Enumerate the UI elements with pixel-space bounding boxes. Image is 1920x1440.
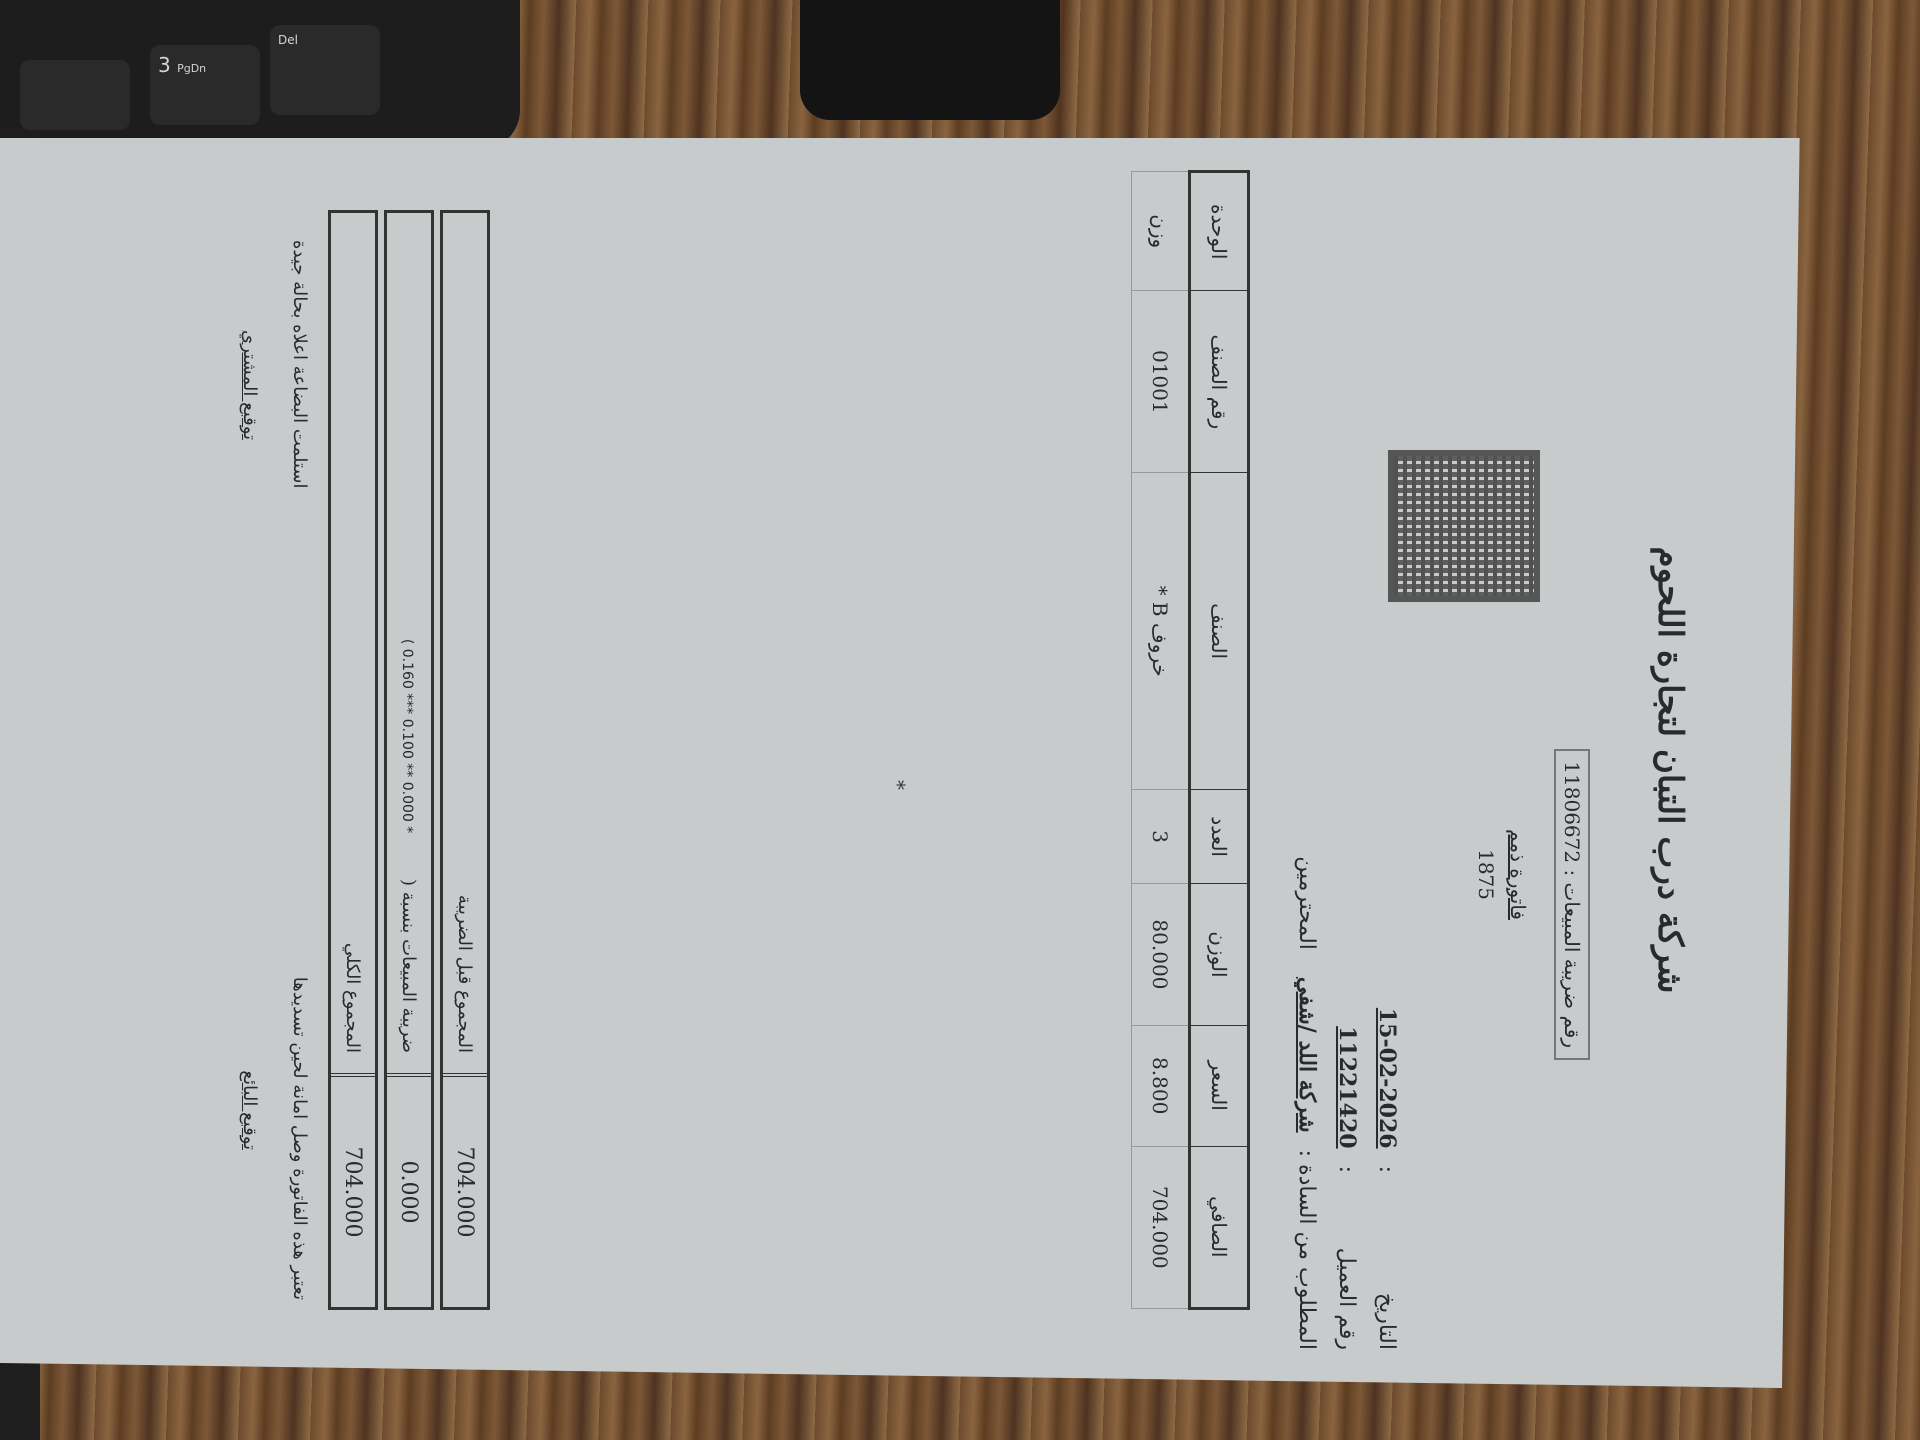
seller-signature: توقيع البائع xyxy=(239,1070,260,1150)
table-row: 704.000 8.800 80.000 3 خروف B * 01001 وز… xyxy=(1132,172,1190,1309)
col-net: الصافي xyxy=(1190,1146,1249,1308)
totals-box: 704.000 المجموع قبل الضريبة 0.000 ضريبة … xyxy=(322,210,490,1310)
tax-value: 0.000 xyxy=(387,1073,431,1307)
table-header: الصافي السعر الوزن العدد الصنف رقم الصنف… xyxy=(1190,172,1249,1309)
col-weight: الوزن xyxy=(1190,884,1249,1026)
subtotal-label: المجموع قبل الضريبة xyxy=(455,213,476,1073)
customer-no-label: رقم العميل xyxy=(1334,1180,1359,1350)
keyboard: 3 PgDn Del xyxy=(0,0,520,150)
buyer-signature: توقيع المشتري xyxy=(239,330,260,440)
grand-total-label: المجموع الكلي xyxy=(343,213,364,1073)
invoice: شركة درب التبان لتجارة اللحوم رقم ضريبة … xyxy=(0,150,1730,1390)
date-label: التاريخ xyxy=(1374,1180,1399,1350)
tax-label: ضريبة المبيعات بنسبة ( xyxy=(399,879,420,1053)
cell-price: 8.800 xyxy=(1132,1025,1190,1146)
tax-row: 0.000 ضريبة المبيعات بنسبة ( * 0.000 ** … xyxy=(384,210,434,1310)
date-value: 15-02-2026 xyxy=(1374,1008,1400,1149)
customer-row: رقم العميل : 11221420 xyxy=(1334,1026,1360,1350)
keyboard-key-3: 3 PgDn xyxy=(150,45,260,125)
invoice-number: 1875 xyxy=(1474,849,1498,900)
bill-to-suffix: المحترمين xyxy=(1294,856,1319,950)
company-name: شركة درب التبان لتجارة اللحوم xyxy=(1650,150,1690,1390)
cell-unit: وزن xyxy=(1132,172,1190,291)
device xyxy=(800,0,1060,120)
col-unit: الوحدة xyxy=(1190,172,1249,291)
bill-to-label: المطلوب من السادة xyxy=(1294,1164,1319,1350)
ink-mark: * xyxy=(886,780,910,790)
cell-count: 3 xyxy=(1132,790,1190,884)
tax-number: 11806672 xyxy=(1560,761,1584,863)
subtotal-row: 704.000 المجموع قبل الضريبة xyxy=(440,210,490,1310)
tax-number-label: رقم ضريبة المبيعات : xyxy=(1560,869,1584,1048)
cell-net: 704.000 xyxy=(1132,1146,1190,1308)
cell-item: خروف B * xyxy=(1132,473,1190,790)
col-count: العدد xyxy=(1190,790,1249,884)
items-table: الصافي السعر الوزن العدد الصنف رقم الصنف… xyxy=(1131,170,1250,1310)
goods-received-note: استلمت البضاعة اعلاه بحالة جيدة xyxy=(289,240,310,488)
bill-to-row: المطلوب من السادة : شركة اللد /شفي المحت… xyxy=(1294,856,1320,1350)
keyboard-key-del: Del xyxy=(270,25,380,115)
qr-code xyxy=(1388,450,1540,602)
cell-item-no: 01001 xyxy=(1132,291,1190,473)
date-row: التاريخ : 15-02-2026 xyxy=(1374,1008,1400,1350)
grand-total-row: 704.000 المجموع الكلي xyxy=(328,210,378,1310)
col-item: الصنف xyxy=(1190,473,1249,790)
bill-to-value: شركة اللد /شفي xyxy=(1294,977,1320,1133)
tax-formula: * 0.000 ** 0.100 *** 0.160 ) xyxy=(400,639,416,833)
col-item-no: رقم الصنف xyxy=(1190,291,1249,473)
customer-no-value: 11221420 xyxy=(1334,1026,1360,1148)
tax-number-box: رقم ضريبة المبيعات : 11806672 xyxy=(1554,749,1590,1060)
grand-total-value: 704.000 xyxy=(331,1073,375,1307)
col-price: السعر xyxy=(1190,1025,1249,1146)
cell-weight: 80.000 xyxy=(1132,884,1190,1026)
keyboard-key xyxy=(20,60,130,130)
subtotal-value: 704.000 xyxy=(443,1073,487,1307)
trust-note: تعتبر هذه الفاتورة وصل امانة لحين تسديده… xyxy=(289,977,310,1300)
invoice-type: فاتورة ذمم xyxy=(1506,829,1530,920)
